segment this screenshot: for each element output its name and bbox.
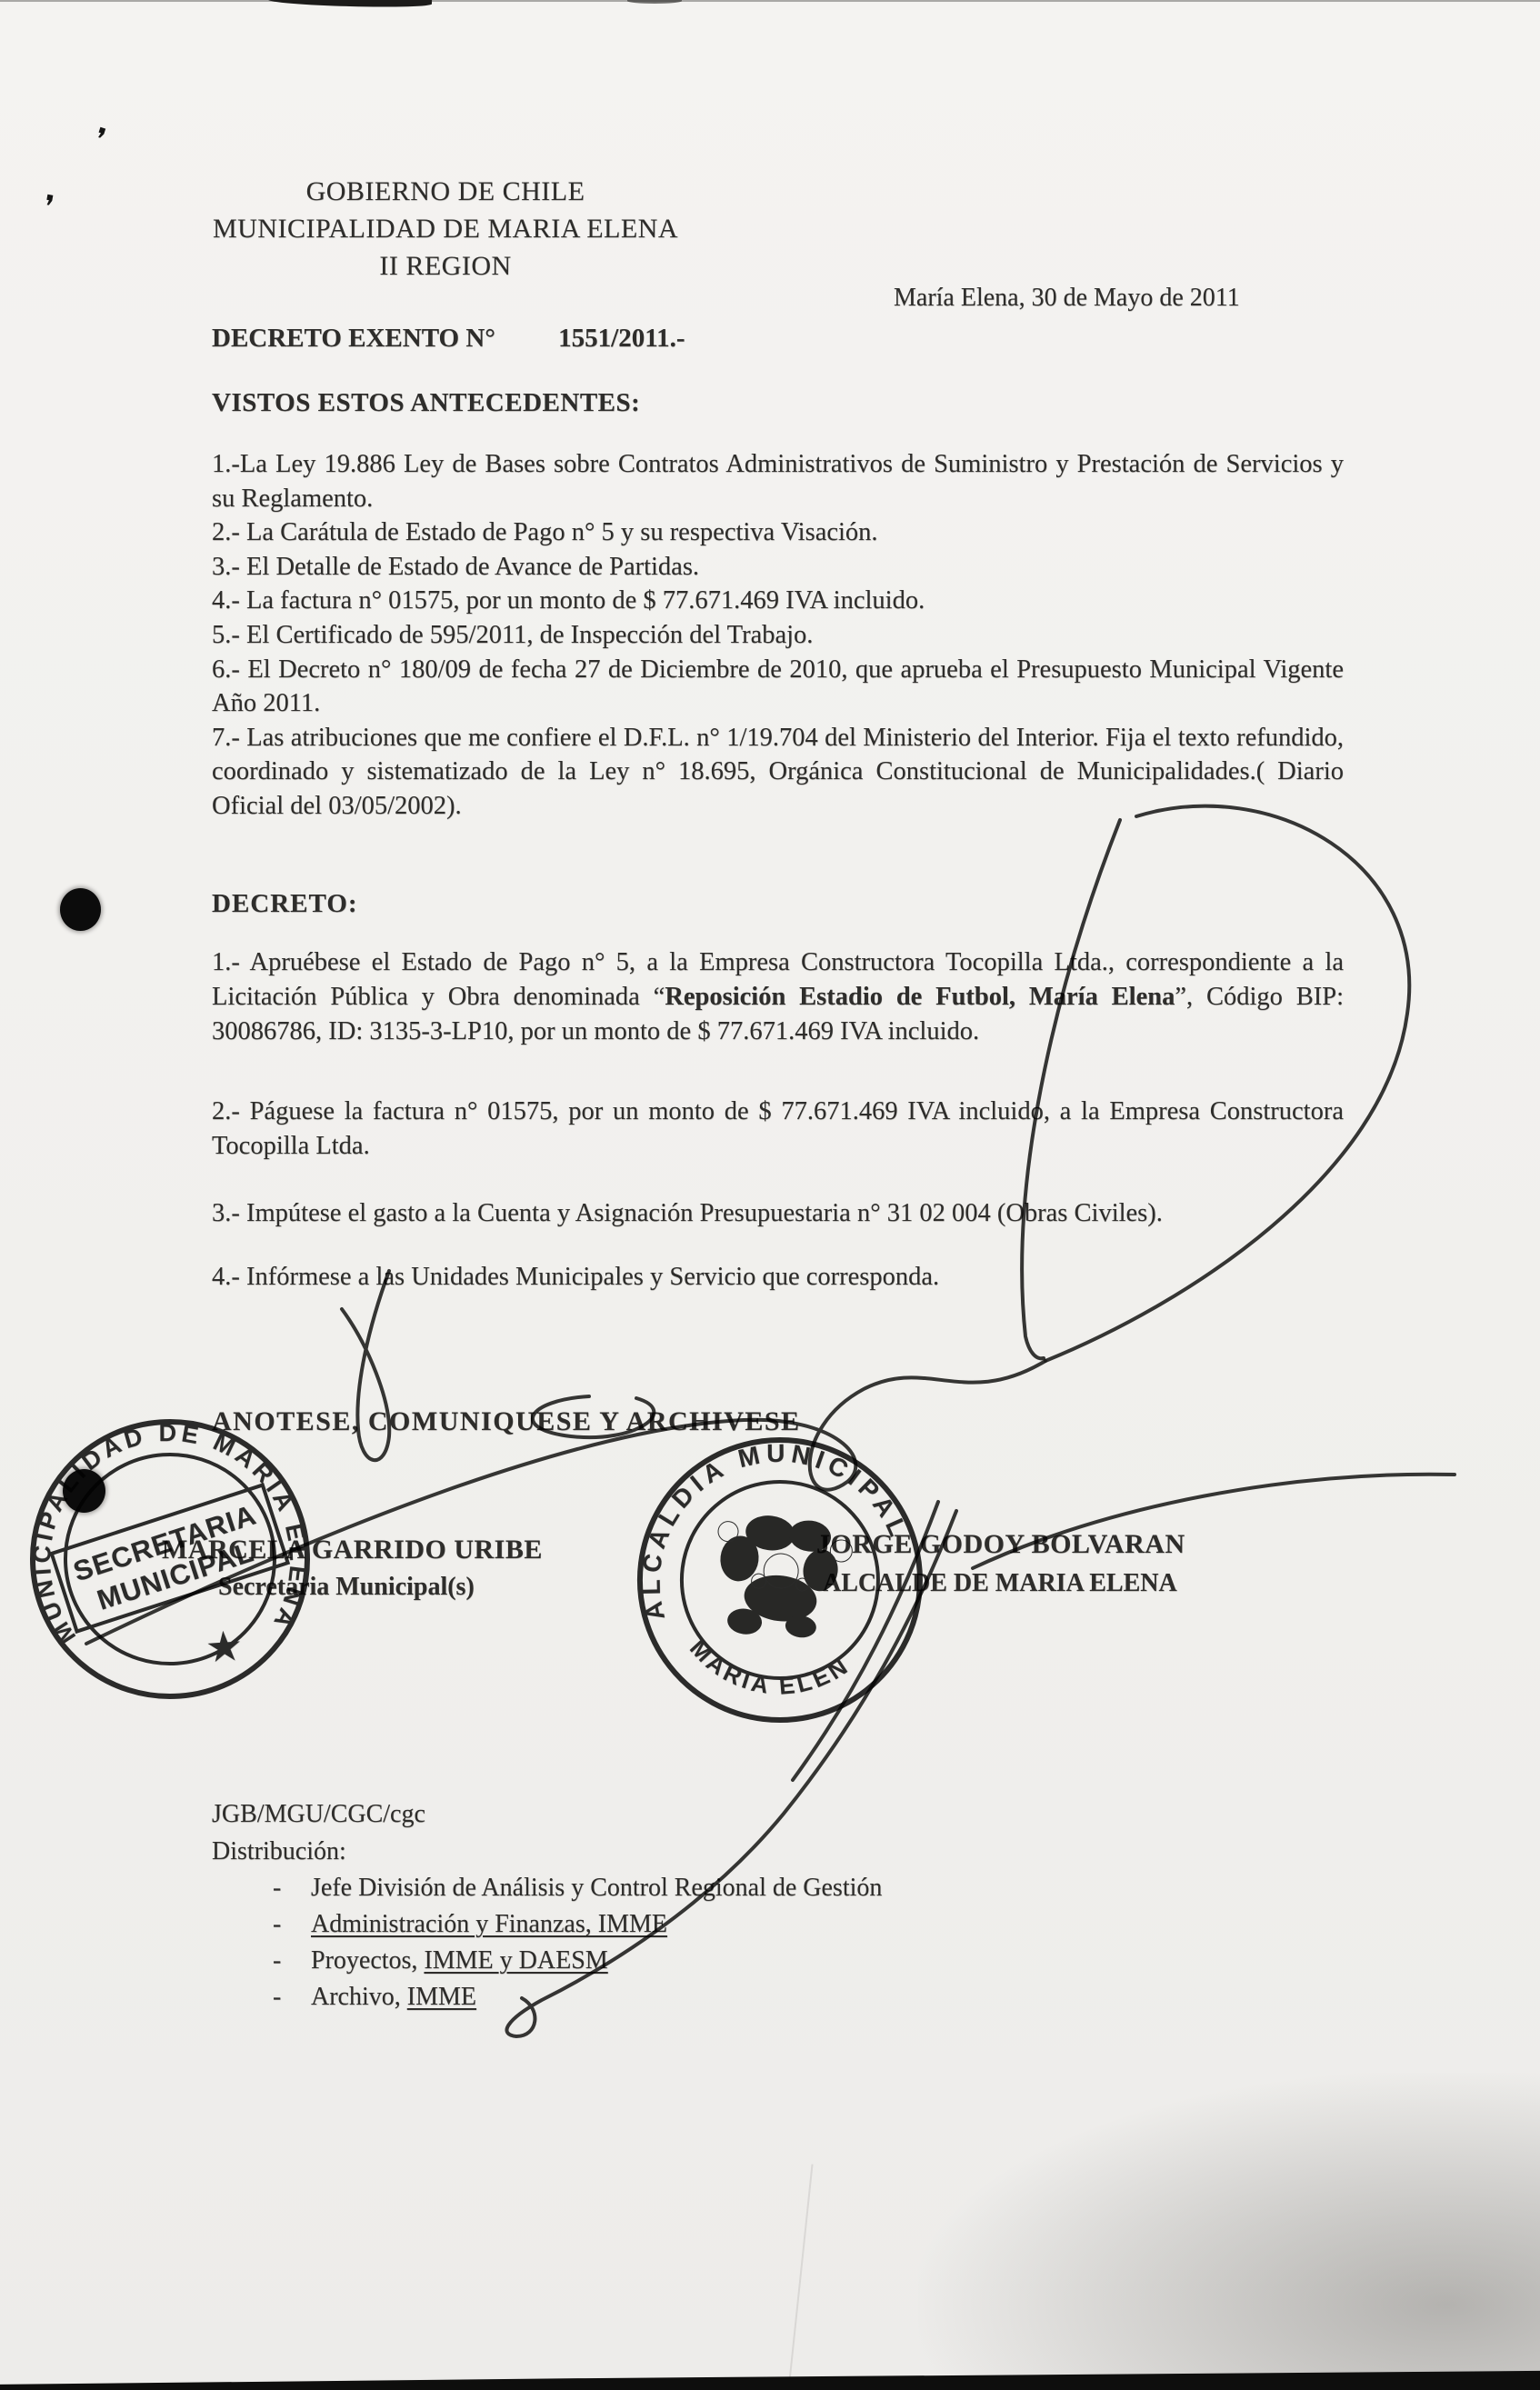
dash-bullet: - — [273, 1906, 311, 1943]
scan-smudge — [627, 0, 682, 4]
vistos-item: 5.- El Certificado de 595/2011, de Inspe… — [212, 618, 1344, 653]
letterhead-region: II REGION — [182, 247, 709, 285]
scan-smudge — [268, 0, 432, 8]
vistos-item: 1.-La Ley 19.886 Ley de Bases sobre Cont… — [212, 447, 1344, 515]
dash-bullet: - — [273, 1979, 311, 2015]
decreto-item-1: 1.- Apruébese el Estado de Pago n° 5, a … — [212, 945, 1344, 1049]
decreto-item-4: 4.- Infórmese a las Unidades Municipales… — [212, 1260, 1344, 1295]
municipal-secretary-stamp: MUNICIPALIDAD DE MARIA ELENA SECRETARIA … — [15, 1404, 325, 1715]
dash-bullet: - — [273, 1870, 311, 1906]
vistos-item: 4.- La factura n° 01575, por un monto de… — [212, 584, 1344, 618]
vistos-list: 1.-La Ley 19.886 Ley de Bases sobre Cont… — [212, 447, 1344, 824]
vistos-item: 3.- El Detalle de Estado de Avance de Pa… — [212, 550, 1344, 585]
paper-crease — [788, 2165, 813, 2382]
decreto-item-3: 3.- Impútese el gasto a la Cuenta y Asig… — [212, 1196, 1344, 1231]
vistos-item: 6.- El Decreto n° 180/09 de fecha 27 de … — [212, 653, 1344, 721]
decree-number-line: DECRETO EXENTO N° 1551/2011.- — [212, 324, 685, 354]
stamp-outer-ring — [24, 1413, 316, 1705]
decreto-heading: DECRETO: — [212, 889, 358, 919]
decreto-body: 1.- Apruébese el Estado de Pago n° 5, a … — [212, 945, 1344, 1295]
distribution-item-text: Proyectos, — [311, 1946, 424, 1975]
coat-of-arms — [706, 1509, 855, 1645]
letterhead: GOBIERNO DE CHILE MUNICIPALIDAD DE MARIA… — [182, 173, 709, 285]
star-icon: ★ — [204, 1623, 245, 1672]
distribution-item-text: Jefe División de Análisis y Control Regi… — [311, 1874, 882, 1902]
decreto-item-2: 2.- Páguese la factura n° 01575, por un … — [212, 1095, 1344, 1164]
decreto-item-1-work-title: Reposición Estadio de Futbol, María Elen… — [665, 983, 1175, 1011]
ink-speck: ❜ — [89, 121, 110, 158]
drafting-initials: JGB/MGU/CGC/cgc — [212, 1800, 425, 1829]
letterhead-government: GOBIERNO DE CHILE — [182, 173, 709, 210]
vistos-item: 7.- Las atribuciones que me confiere el … — [212, 721, 1344, 824]
vistos-item: 2.- La Carátula de Estado de Pago n° 5 y… — [212, 515, 1344, 550]
distribution-item: -Proyectos, IMME y DAESM — [273, 1943, 882, 1979]
distribution-item: -Archivo, IMME — [273, 1979, 882, 2015]
ink-speck: ❜ — [41, 188, 57, 225]
letterhead-municipality: MUNICIPALIDAD DE MARIA ELENA — [182, 210, 709, 247]
vistos-heading: VISTOS ESTOS ANTECEDENTES: — [212, 388, 640, 418]
distribution-item-text: Archivo, — [311, 1983, 407, 2011]
distribution-item-underlined: Administración y Finanzas, IMME — [311, 1910, 667, 1938]
decree-label: DECRETO EXENTO N° — [212, 324, 495, 353]
dash-bullet: - — [273, 1943, 311, 1979]
distribution-label: Distribución: — [212, 1837, 346, 1866]
punch-hole — [60, 888, 101, 931]
dateline: María Elena, 30 de Mayo de 2011 — [894, 284, 1240, 313]
scanned-decree-page: ❜ ❜ GOBIERNO DE CHILE MUNICIPALIDAD DE M… — [0, 0, 1540, 2390]
distribution-item: -Administración y Finanzas, IMME — [273, 1906, 882, 1943]
distribution-list: -Jefe División de Análisis y Control Reg… — [273, 1870, 882, 2015]
scan-top-edge — [0, 0, 1540, 2]
decree-number: 1551/2011.- — [558, 324, 685, 353]
scan-shading — [918, 2073, 1540, 2382]
distribution-item-underlined: IMME y DAESM — [424, 1946, 607, 1975]
distribution-item-underlined: IMME — [407, 1983, 476, 2011]
distribution-item: -Jefe División de Análisis y Control Reg… — [273, 1870, 882, 1906]
mayor-office-stamp: ALCALDIA MUNICIPAL MARIA ELENA — [613, 1410, 947, 1749]
